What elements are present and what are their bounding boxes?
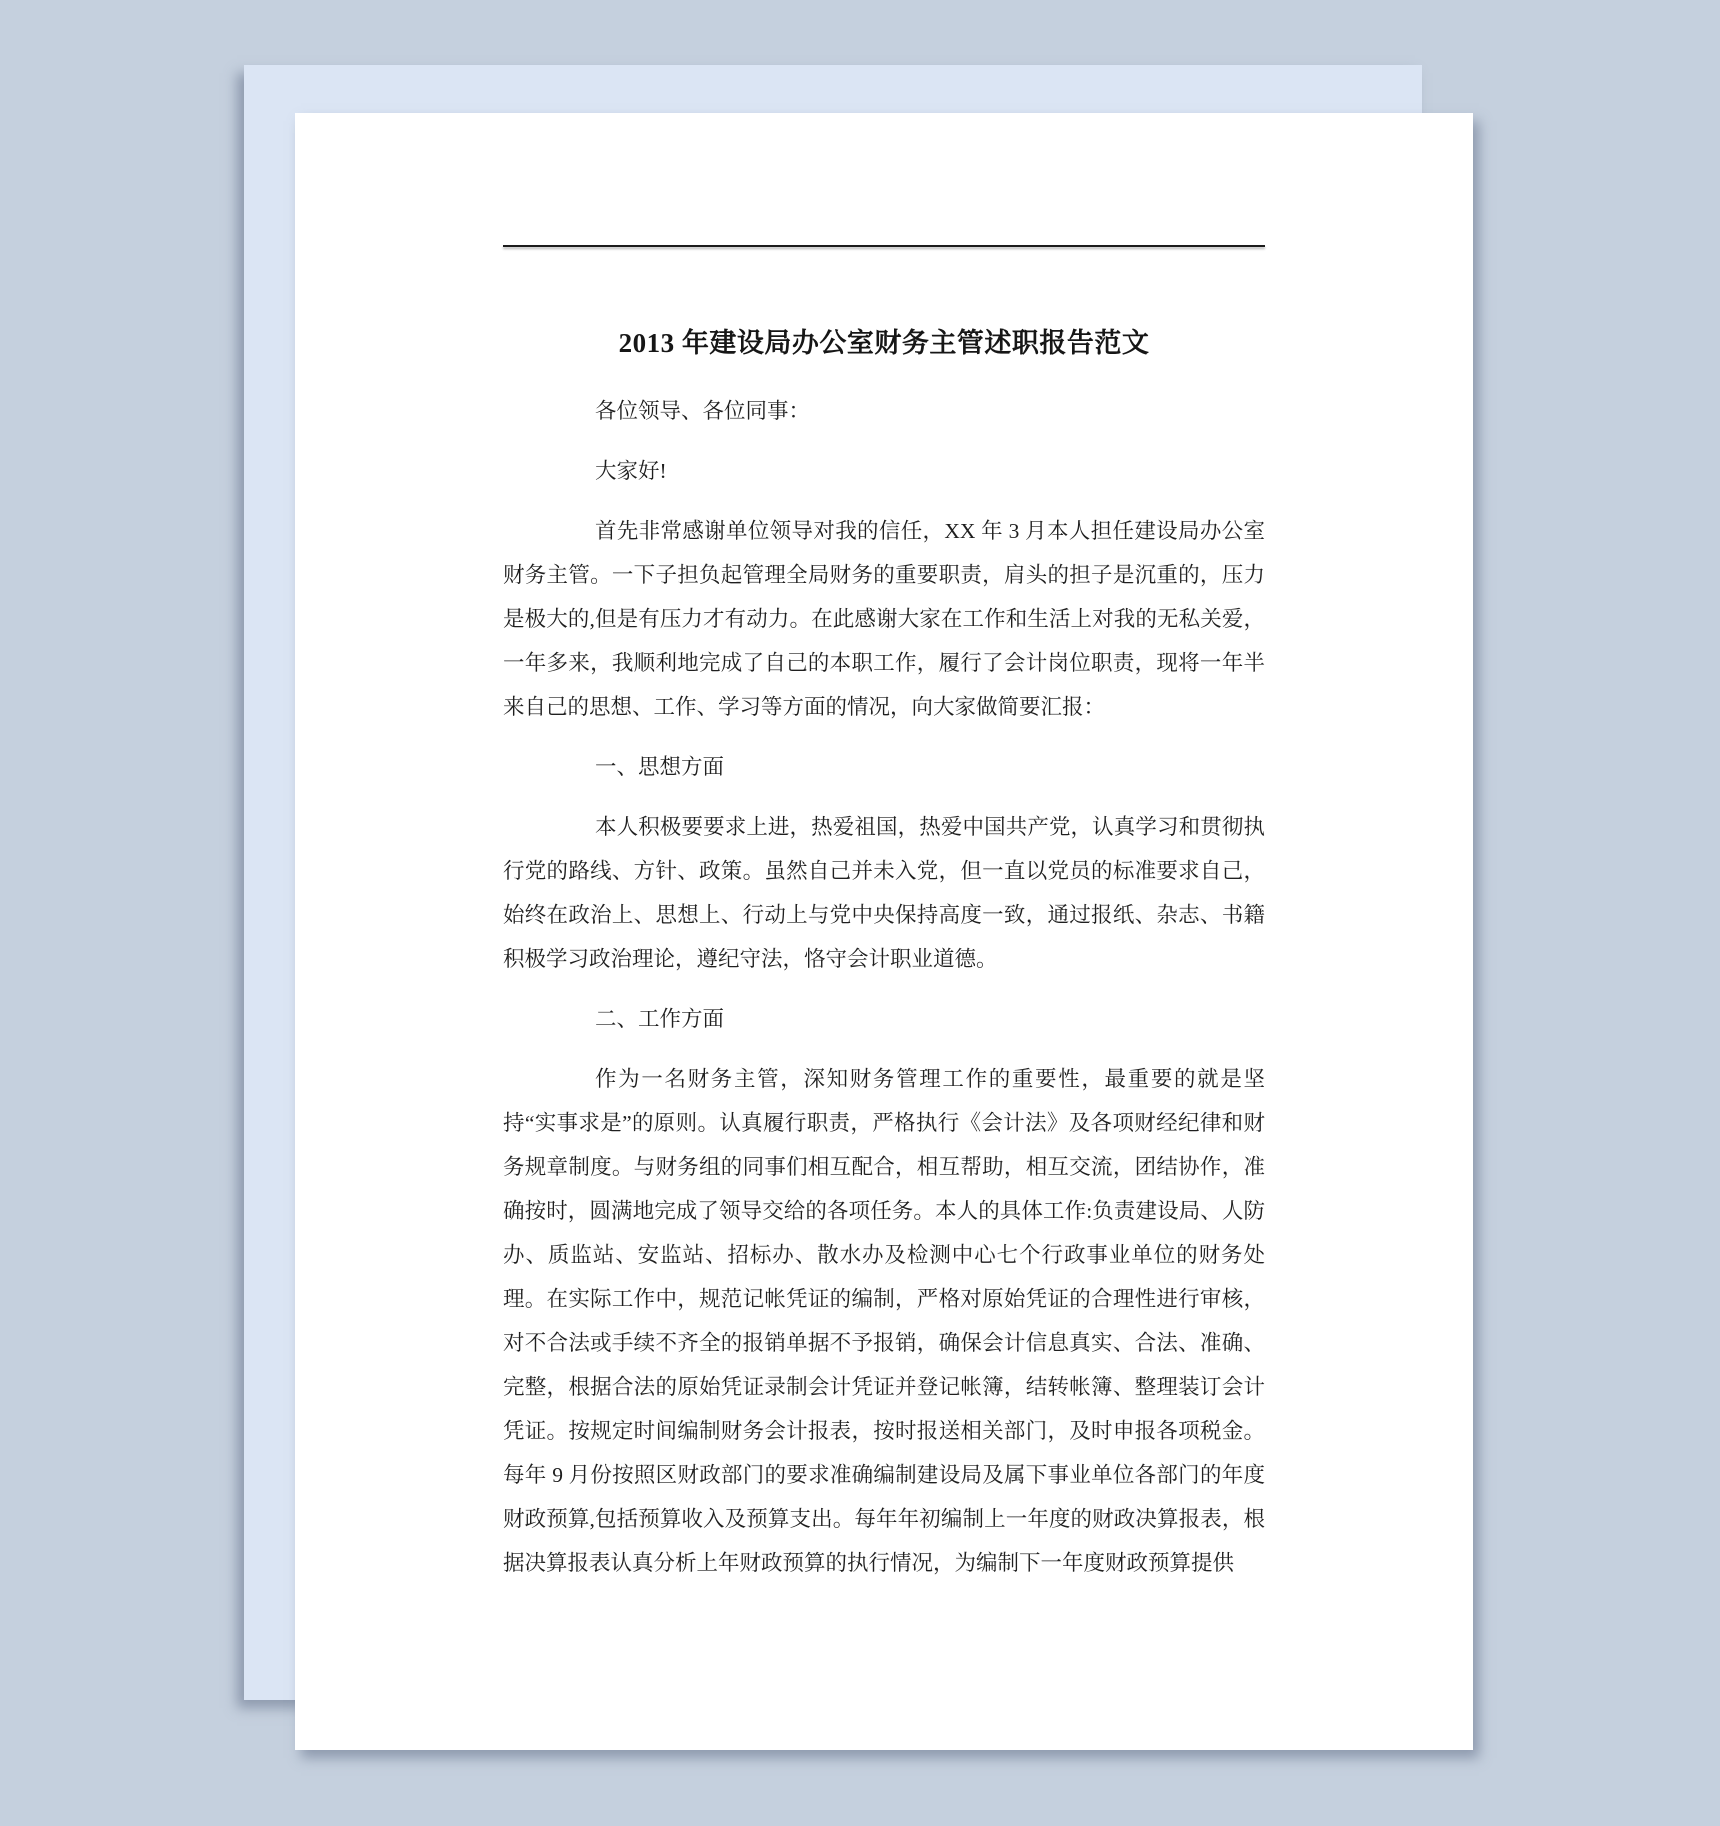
document-page: 2013 年建设局办公室财务主管述职报告范文 各位领导、各位同事： 大家好! 首… xyxy=(295,113,1473,1750)
paragraph-intro: 首先非常感谢单位领导对我的信任，XX 年 3 月本人担任建设局办公室财务主管。一… xyxy=(503,509,1265,729)
section-heading-thought: 一、思想方面 xyxy=(503,745,1265,789)
document-body: 各位领导、各位同事： 大家好! 首先非常感谢单位领导对我的信任，XX 年 3 月… xyxy=(503,389,1265,1585)
paragraph-thought: 本人积极要要求上进，热爱祖国，热爱中国共产党，认真学习和贯彻执行党的路线、方针、… xyxy=(503,805,1265,981)
section-heading-work: 二、工作方面 xyxy=(503,997,1265,1041)
paragraph-salutation: 各位领导、各位同事： xyxy=(503,389,1265,433)
header-rule xyxy=(503,245,1265,247)
paragraph-work: 作为一名财务主管，深知财务管理工作的重要性，最重要的就是坚持“实事求是”的原则。… xyxy=(503,1057,1265,1585)
paragraph-greeting: 大家好! xyxy=(503,449,1265,493)
document-title: 2013 年建设局办公室财务主管述职报告范文 xyxy=(503,321,1265,365)
